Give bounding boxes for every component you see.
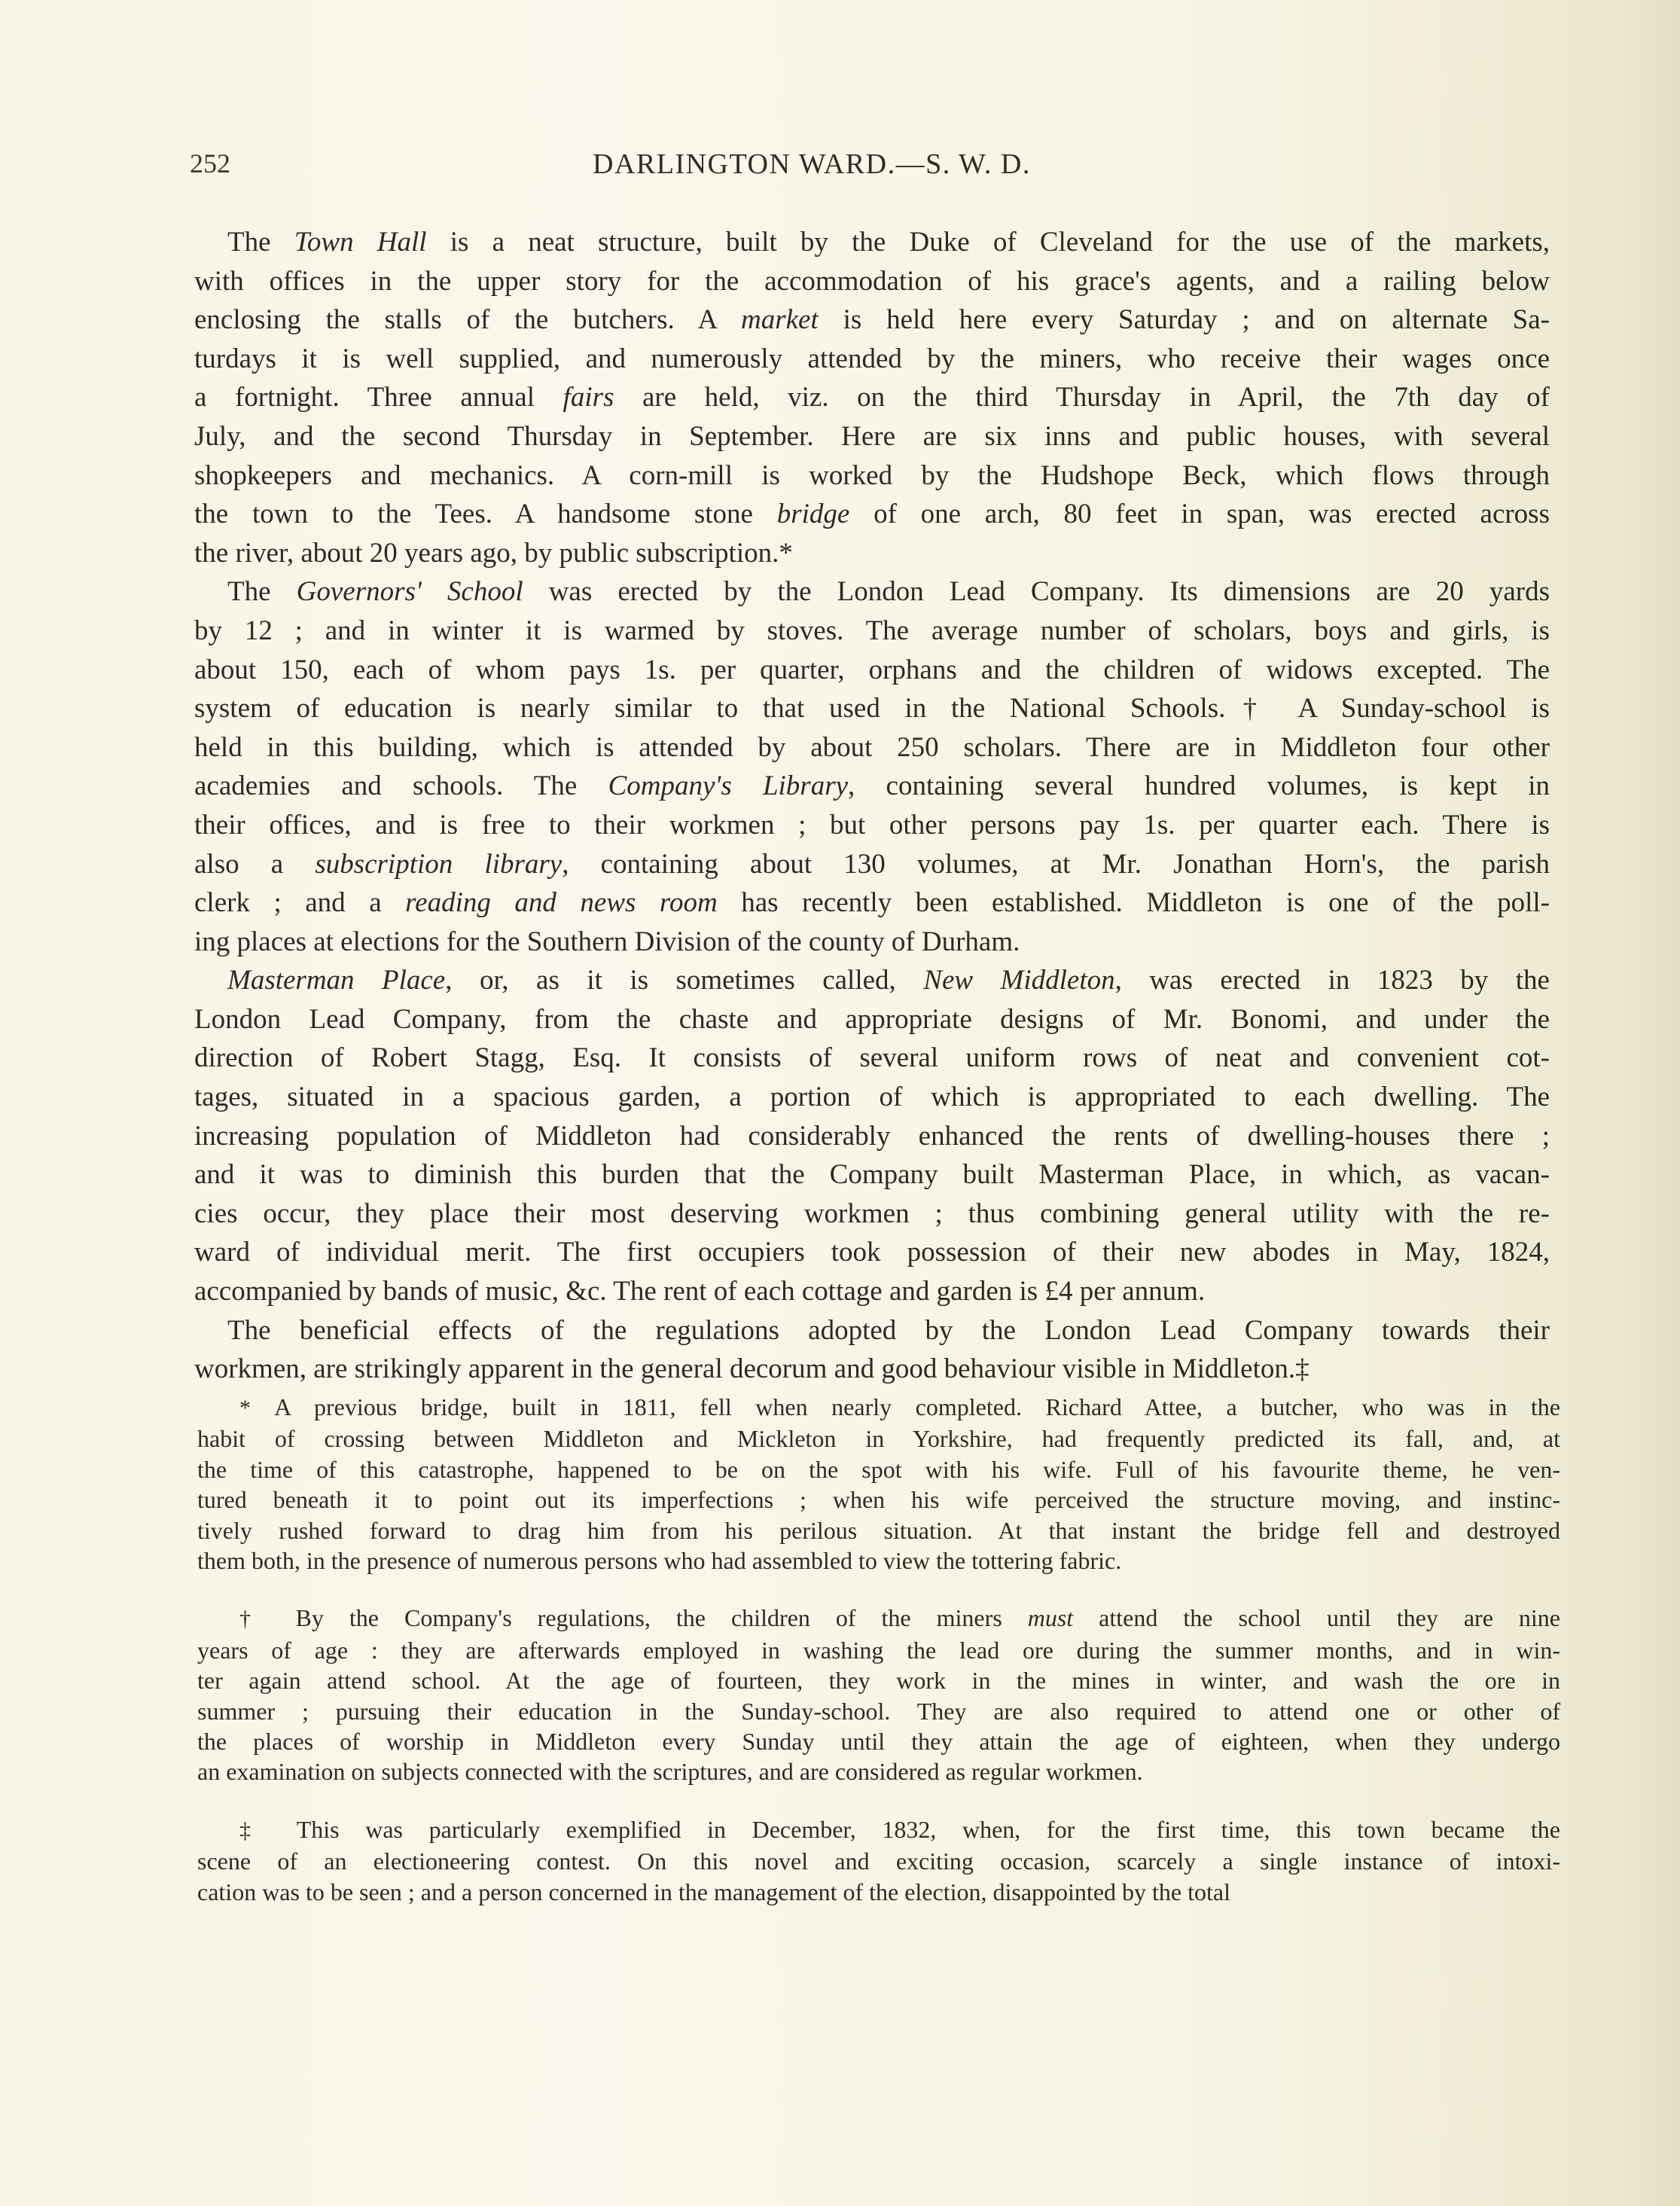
text-line: the town to the Tees. A handsome stone b…	[194, 495, 1550, 534]
running-title: DARLINGTON WARD.—S. W. D.	[593, 148, 1031, 181]
text-run: an examination on subjects connected wit…	[197, 1758, 1143, 1785]
text-line: direction of Robert Stagg, Esq. It consi…	[194, 1039, 1550, 1078]
italic-run: Masterman Place	[227, 965, 445, 996]
text-run: tured beneath it to point out its imperf…	[197, 1486, 1560, 1513]
text-run: workmen, are strikingly apparent in the …	[194, 1353, 1310, 1384]
text-run: has recently been established. Middleton…	[718, 887, 1550, 918]
text-run: July, and the second Thursday in Septemb…	[194, 421, 1550, 452]
book-page: 252 DARLINGTON WARD.—S. W. D. The Town H…	[0, 0, 1680, 2206]
text-run: clerk ; and a	[194, 887, 405, 918]
text-run: The beneficial effects of the regulation…	[227, 1315, 1550, 1346]
text-run: enclosing the stalls of the butchers. A	[194, 304, 741, 335]
text-run: their offices, and is free to their work…	[194, 810, 1550, 841]
text-run: held in this building, which is attended…	[194, 732, 1550, 763]
italic-run: bridge	[777, 499, 850, 529]
paragraph: The Town Hall is a neat structure, built…	[194, 223, 1550, 572]
italic-run: Company's Library	[608, 770, 848, 801]
paragraph: The beneficial effects of the regulation…	[194, 1311, 1550, 1389]
italic-run: must	[1028, 1604, 1073, 1631]
text-line: their offices, and is free to their work…	[194, 806, 1550, 845]
text-run: them both, in the presence of numerous p…	[197, 1547, 1121, 1574]
text-line: enclosing the stalls of the butchers. A …	[194, 301, 1550, 340]
text-run: are held, viz. on the third Thursday in …	[614, 382, 1550, 413]
italic-run: fairs	[563, 382, 614, 413]
text-run: tages, situated in a spacious garden, a …	[194, 1082, 1550, 1112]
text-line: ward of individual merit. The first occu…	[194, 1233, 1550, 1272]
italic-run: New Middleton	[923, 965, 1114, 996]
text-run: system of education is nearly similar to…	[194, 693, 1550, 724]
italic-run: market	[741, 304, 819, 335]
text-run: By the Company's regulations, the childr…	[296, 1604, 1028, 1631]
footnote-mark: †	[239, 1606, 296, 1631]
italic-run: reading and news room	[405, 887, 718, 918]
text-run: ter again attend school. At the age of f…	[197, 1667, 1560, 1694]
footnote: † By the Company's regulations, the chil…	[197, 1603, 1560, 1786]
text-run: and it was to diminish this burden that …	[194, 1159, 1550, 1190]
footnote-mark: ‡	[239, 1818, 297, 1843]
text-line: the river, about 20 years ago, by public…	[194, 534, 1550, 573]
text-line: tages, situated in a spacious garden, a …	[194, 1078, 1550, 1117]
text-line: held in this building, which is attended…	[194, 728, 1550, 767]
text-run: The	[227, 227, 294, 258]
text-line: cies occur, they place their most deserv…	[194, 1195, 1550, 1234]
text-line: accompanied by bands of music, &c. The r…	[194, 1272, 1550, 1311]
text-run: with offices in the upper story for the …	[194, 266, 1550, 297]
text-line: about 150, each of whom pays 1s. per qua…	[194, 651, 1550, 690]
text-line: London Lead Company, from the chaste and…	[194, 1000, 1550, 1039]
text-line: system of education is nearly similar to…	[194, 689, 1550, 728]
footnote-line: * A previous bridge, built in 1811, fell…	[197, 1392, 1560, 1423]
text-run: summer ; pursuing their education in the…	[197, 1698, 1560, 1725]
text-run: years of age : they are afterwards emplo…	[197, 1637, 1560, 1664]
text-run: The	[227, 576, 297, 607]
footnote: ‡ This was particularly exemplified in D…	[197, 1814, 1560, 1907]
text-line: The beneficial effects of the regulation…	[194, 1311, 1550, 1350]
text-run: direction of Robert Stagg, Esq. It consi…	[194, 1042, 1550, 1073]
text-run: of one arch, 80 feet in span, was erecte…	[849, 499, 1550, 529]
footnote-line: tively rushed forward to drag him from h…	[197, 1515, 1560, 1545]
text-line: academies and schools. The Company's Lib…	[194, 767, 1550, 806]
text-line: The Town Hall is a neat structure, built…	[194, 223, 1550, 262]
text-run: attend the school until they are nine	[1073, 1604, 1560, 1631]
text-line: turdays it is well supplied, and numerou…	[194, 340, 1550, 379]
footnote-line: habit of crossing between Middleton and …	[197, 1423, 1560, 1454]
text-run: This was particularly exemplified in Dec…	[297, 1816, 1560, 1843]
text-run: A previous bridge, built in 1811, fell w…	[274, 1393, 1560, 1420]
text-line: also a subscription library, containing …	[194, 845, 1550, 884]
text-run: increasing population of Middleton had c…	[194, 1121, 1550, 1152]
italic-run: Governors' School	[297, 576, 523, 607]
text-run: , containing several hundred volumes, is…	[848, 770, 1550, 801]
footnote-line: the time of this catastrophe, happened t…	[197, 1454, 1560, 1484]
text-run: ward of individual merit. The first occu…	[194, 1237, 1550, 1268]
text-run: shopkeepers and mechanics. A corn-mill i…	[194, 460, 1550, 491]
text-line: workmen, are strikingly apparent in the …	[194, 1350, 1550, 1389]
text-run: habit of crossing between Middleton and …	[197, 1425, 1560, 1452]
text-run: the town to the Tees. A handsome stone	[194, 499, 777, 529]
text-run: academies and schools. The	[194, 770, 608, 801]
footnote-line: † By the Company's regulations, the chil…	[197, 1603, 1560, 1634]
text-run: , was erected in 1823 by the	[1115, 965, 1550, 996]
text-run: by 12 ; and in winter it is warmed by st…	[194, 615, 1550, 646]
text-line: increasing population of Middleton had c…	[194, 1117, 1550, 1156]
text-run: , containing about 130 volumes, at Mr. J…	[562, 849, 1550, 880]
footnote-mark: *	[239, 1396, 274, 1420]
text-line: and it was to diminish this burden that …	[194, 1155, 1550, 1195]
footnote-line: tured beneath it to point out its imperf…	[197, 1484, 1560, 1515]
page-number: 252	[190, 148, 230, 179]
paragraph: The Governors' School was erected by the…	[194, 572, 1550, 961]
running-head: 252 DARLINGTON WARD.—S. W. D.	[190, 148, 1545, 193]
footnote-line: ‡ This was particularly exemplified in D…	[197, 1814, 1560, 1846]
footnote-line: ter again attend school. At the age of f…	[197, 1665, 1560, 1695]
text-line: a fortnight. Three annual fairs are held…	[194, 378, 1550, 417]
italic-run: subscription library	[315, 849, 562, 880]
text-run: a fortnight. Three annual	[194, 382, 563, 413]
text-run: tively rushed forward to drag him from h…	[197, 1517, 1560, 1544]
text-run: ing places at elections for the Southern…	[194, 926, 1020, 957]
footnote-line: scene of an electioneering contest. On t…	[197, 1846, 1560, 1876]
text-run: scene of an electioneering contest. On t…	[197, 1847, 1560, 1875]
footnote-line: summer ; pursuing their education in the…	[197, 1696, 1560, 1726]
text-line: by 12 ; and in winter it is warmed by st…	[194, 612, 1550, 651]
text-run: cation was to be seen ; and a person con…	[197, 1878, 1230, 1905]
text-line: with offices in the upper story for the …	[194, 262, 1550, 301]
body-text: The Town Hall is a neat structure, built…	[194, 223, 1550, 1389]
footnote-line: them both, in the presence of numerous p…	[197, 1545, 1560, 1576]
footnote-line: an examination on subjects connected wit…	[197, 1756, 1560, 1786]
footnotes: * A previous bridge, built in 1811, fell…	[197, 1392, 1560, 1934]
footnote-line: cation was to be seen ; and a person con…	[197, 1877, 1560, 1907]
text-run: was erected by the London Lead Company. …	[523, 576, 1550, 607]
text-run: the river, about 20 years ago, by public…	[194, 538, 793, 569]
text-run: about 150, each of whom pays 1s. per qua…	[194, 654, 1550, 685]
text-line: Masterman Place, or, as it is sometimes …	[194, 961, 1550, 1000]
text-line: clerk ; and a reading and news room has …	[194, 883, 1550, 923]
text-run: is a neat structure, built by the Duke o…	[427, 227, 1550, 258]
text-line: July, and the second Thursday in Septemb…	[194, 417, 1550, 456]
text-line: The Governors' School was erected by the…	[194, 572, 1550, 612]
text-line: ing places at elections for the Southern…	[194, 923, 1550, 962]
text-run: the time of this catastrophe, happened t…	[197, 1456, 1560, 1483]
text-run: accompanied by bands of music, &c. The r…	[194, 1276, 1205, 1307]
text-run: cies occur, they place their most deserv…	[194, 1198, 1550, 1229]
text-line: shopkeepers and mechanics. A corn-mill i…	[194, 456, 1550, 496]
text-run: , or, as it is sometimes called,	[445, 965, 923, 996]
text-run: turdays it is well supplied, and numerou…	[194, 343, 1550, 374]
paragraph: Masterman Place, or, as it is sometimes …	[194, 961, 1550, 1310]
italic-run: Town Hall	[294, 227, 427, 258]
text-run: also a	[194, 849, 315, 880]
footnote-line: the places of worship in Middleton every…	[197, 1726, 1560, 1756]
text-run: is held here every Saturday ; and on alt…	[819, 304, 1550, 335]
text-run: London Lead Company, from the chaste and…	[194, 1004, 1550, 1035]
text-run: the places of worship in Middleton every…	[197, 1728, 1560, 1755]
footnote-line: years of age : they are afterwards emplo…	[197, 1635, 1560, 1665]
footnote: * A previous bridge, built in 1811, fell…	[197, 1392, 1560, 1576]
